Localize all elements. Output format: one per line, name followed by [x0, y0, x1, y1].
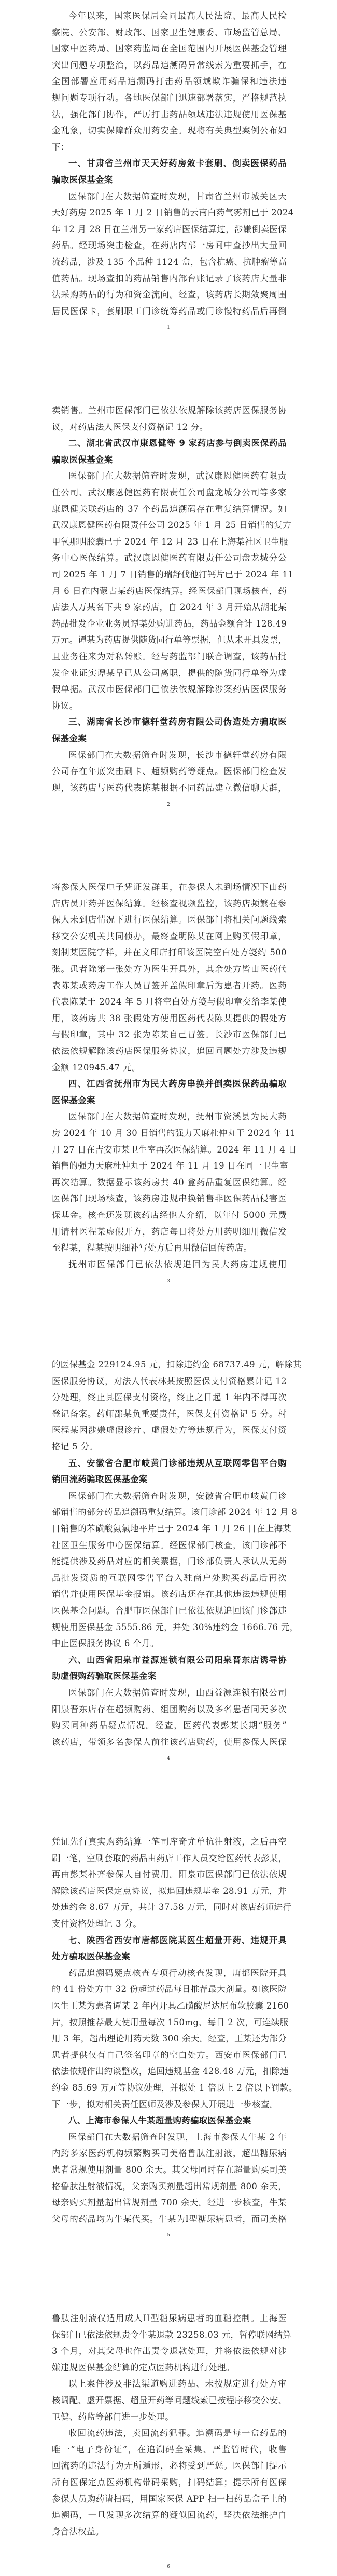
paragraph-line: 患者常规使用剂量 800 余天。其父母同时存在超量购买司美 [52, 2162, 287, 2178]
paragraph-line: 保人未到店情况下进行医保结算。医保部门将相关问题线索 [52, 912, 287, 928]
paragraph-line: 该药店，带领多名参保人前往该药店购药，使用参保人医保 [52, 1734, 287, 1750]
paragraph-line: 抚州市医保部门已依法依规追回为民大药房违规使用 [68, 1256, 287, 1272]
case-heading-line: 骗取医保基金案 [52, 172, 287, 188]
paragraph-line: 与假印章，其中 32 张为陈某自己冒签。长沙市医保部门已 [52, 1026, 287, 1042]
case-heading-line: 一、甘肃省兰州市天天好药房敛卡套刷、倒卖医保药品 [68, 155, 287, 171]
paragraph-line: 现，该药店与医药代表陈某根据不同药品建立微信聊天群， [52, 780, 287, 796]
paragraph-line: 解除该药店医保定点协议，拟追回违规基金 28.91 万元，并 [52, 1883, 287, 1899]
paragraph-line: 内跨多家医药机构频繁购买司美格鲁肽注射液，超出糖尿病 [52, 2145, 287, 2161]
paragraph-line: 药品批发企业业务员谭某处购进药品，药品金额合计 128.49 [52, 616, 287, 632]
paragraph-line: 值药品。现场查扣的药品销售内部台账记录了该药店大量非 [52, 270, 287, 287]
paragraph-line: 公司存在年底突击刷卡、超频购药等疑点。医保部门检查发 [52, 763, 287, 779]
paragraph-line: 依法依规作出约谈整改，追回违规基金 428.48 万元，扣除违 [52, 2063, 287, 2079]
paragraph-line: 房 2024 年 10 月 30 日销售的强力天麻杜仲丸于 2024 年 11 [52, 1125, 287, 1141]
paragraph-line: 全国部署应用药品追溯码打击药品领域欺诈骗保和违法违 [52, 73, 287, 89]
paragraph-line: 登记备案。药师邵某负重要责任，医保支付资格记 5 分。村 [52, 1406, 287, 1422]
case-heading-line: 骗取医保基金案 [52, 452, 287, 468]
paragraph-line: 卫健、药监等部门进一步处理。 [52, 2409, 287, 2425]
case-heading-line: 二、湖北省武汉市康恩健等 9 家药店参与倒卖医保药品 [68, 435, 287, 451]
paragraph-line: 的医保基金 229124.95 元，扣除违约金 68737.49 元，解除其 [52, 1357, 287, 1373]
paragraph-line: 患者提供仅有自己签名印章的空白处方。西安市医保部门已 [52, 2047, 287, 2063]
paragraph-line: 医保服务协议，对法人代表林某按照医保支付资格累计记 12 [52, 1373, 287, 1389]
paragraph-line: 医保部门在大数据筛查时发现，抚州市资溪县为民大药 [68, 1108, 287, 1124]
paragraph-line: 母亲购买剂量超出常规剂量 700 余天。经进一步核查，牛某 [52, 2194, 287, 2211]
paragraph-line: 医保部门在大数据筛查时发现，山西益源连锁有限公司 [68, 1685, 287, 1701]
paragraph-line: 居民医保卡，套刷职工门诊统筹药品或门诊慢特药品后再倒 [52, 303, 287, 319]
paragraph-line: 医保部门在大数据筛查时发现，长沙市德轩堂药房有限 [68, 747, 287, 763]
paragraph-line: 康恩健关联药店的 37 个药品追溯码存在重复结算情况。如 [52, 501, 287, 517]
paragraph-line: 表陈某或药房工作人员冒签并盖假印章后为患者开药。医药 [52, 978, 287, 994]
case-heading-line: 六、山西省阳泉市益源连锁有限公司阳泉晋东店诱导协 [68, 1652, 287, 1668]
case-heading-line: 七、陕西省西安市唐都医院某医生超量开药、违规开具 [68, 1932, 287, 1948]
paragraph-line: 嫌违规医保基金结算的定点医药机构进行处理。 [52, 2360, 287, 2376]
case-heading-line: 三、湖南省长沙市德轩堂药房有限公司伪造处方骗取医 [68, 714, 287, 730]
paragraph-line: 保部门已依法依规责令牛某退款 23258.03 元，暂停联网结算 [52, 2327, 287, 2343]
paragraph-line: 医保部门在大数据筛查时发现，武汉康恩健医药有限责 [68, 468, 287, 484]
page-number: 3 [0, 1279, 337, 1284]
paragraph-line: 约金 85.69 万元等协议处理，并拟处 1 倍以上 2 倍以下罚款。 [52, 2080, 287, 2096]
paragraph-line: 能提供涉及药品对应的相关票据，门诊部负责人承认从无药 [52, 1553, 287, 1569]
paragraph-line: 规问题专项行动。各地医保部门迅速部署落实，严格规范执 [52, 90, 287, 106]
paragraph-line: 唯一“电子身份证”，在追溯码全采集、严监管时代，收售 [52, 2442, 287, 2458]
paragraph-line: 所有医保定点医药机构带码采购，扫码结算；提示所有医保 [52, 2474, 287, 2490]
paragraph-line: 阳泉晋东店存在超频购药、组团购药以及多名患者同天多次 [52, 1701, 287, 1717]
paragraph-line: 天好药房 2025 年 1 月 2 日销售的云南白药气雾剂已于 2024 [52, 205, 287, 221]
paragraph-line: 父母的药品均为牛某代买。牛某为I型糖尿病患者，而司美格 [52, 2211, 287, 2227]
paragraph-line: 的 41 份处方中 32 份超过药品每日推荐最大剂量。如该医院 [52, 1981, 287, 1997]
paragraph-line: 医保部门现场核查，该药房违规串换销售非医保药品侵害医 [52, 1190, 287, 1206]
paragraph-line: 代表陈某于 2024 年 5 月将空白处方笺与假印章交给李某使 [52, 994, 287, 1010]
page-number: 4 [0, 1756, 337, 1761]
paragraph-line: 销售的强力天麻杜仲丸于 2024 年 11 月 19 日在同一卫生室 [52, 1158, 287, 1174]
paragraph-line: 且业务往来为对私转账。经与药监部门联合调查，该药品批 [52, 648, 287, 665]
paragraph-line: 格鲁肽注射液情况，父亲购买剂量超出常规剂量 800 余天， [52, 2178, 287, 2194]
paragraph-line: 片，按照推荐最大使用量每次 150mg、每日 2 次，可连续服 [52, 2014, 287, 2030]
paragraph-line: 张。患者除第一张处方为医生开具外，其余处方皆由医药代 [52, 961, 287, 977]
paragraph-line: 销售并使用医保基金报销。该药店还存在其他违法违规使用 [52, 1586, 287, 1602]
paragraph-line: 医程某因涉嫌虚假诊疗、虚假处方等违规行为，医保支付资 [52, 1422, 287, 1438]
page-number: 5 [0, 2233, 337, 2238]
paragraph-line: 法采购药品的行为和资金流向。经查，该药店长期敛聚周围 [52, 287, 287, 303]
paragraph-line: 参保人员购药请扫码，用国家医保 APP 扫一扫药品盒子上的 [52, 2491, 287, 2507]
paragraph-line: 追溯码，一旦发现多次结算的疑似回流药，坚决依法维护自 [52, 2507, 287, 2523]
paragraph-line: 察院、公安部、财政部、国家卫生健康委、市场监管总局、 [52, 24, 287, 40]
paragraph-line: 国家中医药局、国家药监局在全国范围内开展医保基金管理 [52, 40, 287, 57]
case-heading-line: 五、安徽省合肥市岐黄门诊部违规从互联网零售平台购 [68, 1455, 287, 1471]
paragraph-line: 医生王某为患者谭某 2 年内开具乙磺酸尼达尼布软胶囊 2160 [52, 1998, 287, 2014]
case-heading-line: 处方骗取医保基金案 [52, 1948, 287, 1964]
paragraph-line: 年 12 月 28 日在兰州另一家药店医保结算过，涉嫌倒卖医保 [52, 221, 287, 237]
paragraph-line: 收回流药违法，卖回流药犯罪。追溯码是每一盒药品的 [68, 2425, 287, 2441]
paragraph-line: 用请村医程某虚假开方，药店每日将处方用药明细用微信发 [52, 1224, 287, 1240]
paragraph-line: 任公司、武汉康恩健医药有限责任公司盘龙城分公司等多家 [52, 484, 287, 500]
page-number: 1 [0, 325, 337, 330]
paragraph-line: 购买同种药品疑点情况。经查，医药代表彭某长期“服务” [52, 1717, 287, 1733]
paragraph-line: 凭证先行真实购药结算一笔司库奇尤单抗注射液，之后再空 [52, 1834, 287, 1850]
paragraph-line: 医保部门在大数据筛查时发现，上海市参保人牛某 2 年 [68, 2129, 287, 2145]
case-heading-line: 医保基金案 [52, 1092, 287, 1108]
paragraph-line: 今年以来，国家医保局会同最高人民法院、最高人民检 [68, 8, 287, 24]
paragraph-line: 刻制某医院字样，并在文印店打印该医院空白处方笺约 500 [52, 944, 287, 960]
case-heading-line: 八、上海市参保人牛某超量购药骗取医保基金案 [68, 2112, 287, 2128]
paragraph-line: 社区卫生服务中心医保结算。经医保部门核查，该门诊部不 [52, 1537, 287, 1553]
paragraph-line: 中止医保服务协议 6 个月。 [52, 1635, 287, 1651]
paragraph-line: 回流药的违法行为无所遁形，必将受到严惩。医保部门提示 [52, 2458, 287, 2474]
paragraph-line: 身合法权益。 [52, 2524, 287, 2540]
paragraph-line: 假单据。武汉市医保部门已依法依规解除涉案药店医保服务 [52, 681, 287, 697]
paragraph-line: 刷一笔，空刷套取的药品由药店工作人员交给医药代表彭某， [52, 1850, 287, 1866]
paragraph-line: 月 6 日在内蒙古某药店医保结算。经医保部门现场核查，药 [52, 583, 287, 599]
case-heading-line: 四、江西省抚州市为民大药房串换并倒卖医保药品骗取 [68, 1076, 287, 1092]
paragraph-line: 用 3 年，超出理论用药天数 300 余天。经查，王某还为部分 [52, 2030, 287, 2046]
paragraph-line: 卖销售。兰州市医保部门已依法依规解除该药店医保服务协 [52, 402, 287, 418]
paragraph-line: 万元。谭某为药店提供随货同行单等票据，但从未开具发票， [52, 632, 287, 648]
paragraph-line: 再由彭某补齐参保人自付费用。阳泉市医保部门已依法依规 [52, 1866, 287, 1882]
paragraph-line: 以上案件涉及非法渠道购进药品、未按规定进行处方审 [68, 2376, 287, 2392]
paragraph-line: 下： [52, 139, 287, 155]
case-heading-line: 销回流药骗取医保基金案 [52, 1471, 287, 1487]
paragraph-line: 店店员开药并医保结算。经核查视频监控，该药店频繁在参 [52, 896, 287, 912]
paragraph-line: 甲氧那明胶囊已于 2024 年 12 月 23 日在上海某社区卫生服 [52, 534, 287, 550]
paragraph-line: 店法人万某名下共 9 家药店，自 2024 年 3 月开始从湖北某 [52, 599, 287, 615]
paragraph-line: 医保部门在大数据筛查时发现，甘肃省兰州市城关区天 [68, 188, 287, 205]
paragraph-line: 流药品，涉及 135 个品种 1124 盒，包含抗癌、抗肿瘤等高 [52, 254, 287, 270]
case-heading-line: 保基金案 [52, 730, 287, 747]
paragraph-line: 将参保人医保电子凭证发群里，在参保人未到场情况下由药 [52, 879, 287, 895]
paragraph-line: 月 27 日在吉安市某卫生室再次医保结算。2024 年 11 月 4 日 [52, 1142, 287, 1158]
paragraph-line: 再次结算。数据显示该药房共 40 盒药品重复医保结算。经 [52, 1174, 287, 1190]
paragraph-line: 议，对药店法人医保支付资格记 12 分。 [52, 419, 287, 435]
paragraph-line: 医保基金问题。合肥市医保部门已依法依规追回该门诊部违 [52, 1603, 287, 1619]
paragraph-line: 下一步，拟对相关责任医师及涉及参保人开展进一步核查。 [52, 2096, 287, 2112]
paragraph-line: 发企业证实谭某早已从公司离职，提供的随货同行单等为虚 [52, 665, 287, 681]
paragraph-line: 核调配、虚开票据、超量开药等问题线索已按程序移交公安、 [52, 2392, 287, 2408]
paragraph-line: 突出问题专项整治，以药品追溯码异常线索为重要抓手，在 [52, 57, 287, 73]
paragraph-line: 药品。经现场突击检查，在药店内部一房间中查抄出大量回 [52, 237, 287, 253]
paragraph-line: 处违约金 8.67 万元，共计 37.58 万元，同时对该店药师进行 [52, 1899, 287, 1915]
paragraph-line: 日销售的苯磺酸氨氯地平片已于 2024 年 1 月 26 日在上海某 [52, 1521, 287, 1537]
paragraph-line: 移交公安机关共同侦办，最终查明陈某在网上购买假印章， [52, 928, 287, 944]
paragraph-line: 用，该药房共 38 张假处方使用医药代表陈某提供的假处方 [52, 1010, 287, 1026]
paragraph-line: 依法依规解除该药店医保服务协议，追回问题处方涉及违规 [52, 1043, 287, 1059]
paragraph-line: 保基金。核查还发现该药店经他人介绍，以年付 5000 元费 [52, 1207, 287, 1223]
paragraph-line: 部销售的部分药品追溯码重复结算。该门诊部 2024 年 12 月 8 [52, 1504, 287, 1520]
paragraph-line: 鲁肽注射液仅适用成人II型糖尿病患者的血糖控制。上海医 [52, 2310, 287, 2326]
paragraph-line: 规使用医保基金 5555.86 元，并处 30%违约金 1666.76 元， [52, 1619, 287, 1635]
paragraph-line: 武汉康恩健医药有限责任公司 2025 年 1 月 25 日销售的复方 [52, 517, 287, 533]
paragraph-line: 支付资格处理记 3 分。 [52, 1916, 287, 1932]
paragraph-line: 至程某，程某按明细补写处方后再用微信回传药店。 [52, 1240, 287, 1256]
paragraph-line: 医保部门在大数据筛查时发现，安徽省合肥市岐黄门诊 [68, 1488, 287, 1504]
paragraph-line: 金乱象，切实保障群众用药安全。现将有关典型案例公布如 [52, 123, 287, 139]
paragraph-line: 司 2025 年 1 月 7 日销售的瑞舒伐他汀钙片已于 2024 年 11 [52, 566, 287, 582]
paragraph-line: 格记 5 分。 [52, 1439, 287, 1455]
paragraph-line: 务中心医保结算。武汉康恩健医药有限责任公司盘龙城分公 [52, 550, 287, 566]
paragraph-line: 药品追溯码疑点核查专项行动核查发现，唐都医院开具 [68, 1965, 287, 1981]
paragraph-line: 品批发资质的互联网零售平台入驻商户处购买药品后再次 [52, 1570, 287, 1586]
paragraph-line: 协议。 [52, 698, 287, 714]
paragraph-line: 法，强化部门协作，严厉打击药品领域违法违规使用医保基 [52, 106, 287, 123]
page-number: 2 [0, 802, 337, 807]
paragraph-line: 3 个月，对其父母也作出责令退款处理，并将依法依规对涉 [52, 2343, 287, 2359]
page-number: 6 [0, 2564, 337, 2569]
case-heading-line: 助虚假购药骗取医保基金案 [52, 1668, 287, 1684]
paragraph-line: 金额 120945.47 元。 [52, 1060, 287, 1076]
paragraph-line: 分处理，终止其医保支付资格，终止之日起 1 年内不得再次 [52, 1389, 287, 1405]
